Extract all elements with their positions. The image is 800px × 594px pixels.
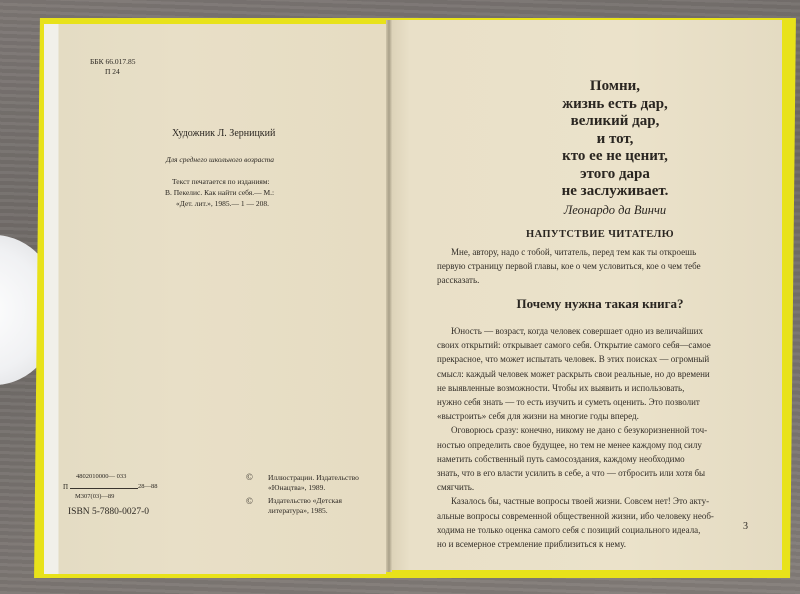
isbn: ISBN 5-7880-0027-0 [68, 507, 149, 517]
copyright-line: литература», 1985. [268, 506, 328, 515]
catalog-top: 4802010000— 033 [76, 473, 126, 480]
epigraph-author: Леонардо да Винчи [520, 203, 710, 218]
text-line: рассказать. [437, 273, 757, 287]
epigraph-line: этого дара [520, 166, 710, 184]
copyright-icon: © [246, 472, 253, 482]
epigraph-line: Помни, [520, 78, 710, 96]
section-title: НАПУТСТВИЕ ЧИТАТЕЛЮ [420, 229, 780, 240]
paragraph: Юность — возраст, когда человек совершае… [437, 324, 757, 551]
text-line: наметить собственный путь самосоздания, … [437, 452, 757, 466]
source-line: «Дет. лит.», 1985.— 1 — 208. [176, 199, 269, 208]
bbk-code: ББК 66.017.85 [90, 57, 136, 66]
copyright-icon: © [246, 496, 253, 506]
epigraph-line: жизнь есть дар, [520, 96, 710, 114]
text-line: Мне, автору, надо с тобой, читатель, пер… [437, 245, 757, 259]
text-line: Казалось бы, частные вопросы твоей жизни… [437, 494, 757, 508]
catalog-line [70, 488, 138, 489]
source-line: Текст печатается по изданиям: [172, 177, 270, 186]
text-line: Оговорюсь сразу: конечно, никому не дано… [437, 423, 757, 437]
audience-note: Для среднего школьного возраста [166, 155, 274, 164]
text-line: ходима не только оценка самого себя с по… [437, 523, 757, 537]
text-line: нужно себя знать — то есть изучить и сум… [437, 395, 757, 409]
catalog-letter: П [63, 483, 68, 491]
copyright-line: «Юнацтва», 1989. [268, 483, 325, 492]
epigraph-line: и тот, [520, 131, 710, 149]
text-line: прекрасное, что может испытать человек. … [437, 352, 757, 366]
epigraph-line: кто ее не ценит, [520, 148, 710, 166]
text-line: «выстроить» себя для жизни на многие год… [437, 409, 757, 423]
text-line: смысл: каждый человек может раскрыть сво… [437, 367, 757, 381]
epigraph-line: не заслуживает. [520, 183, 710, 201]
left-page [44, 24, 386, 574]
book-spine [386, 20, 392, 572]
publisher-code: П 24 [105, 67, 120, 76]
page-number: 3 [743, 521, 748, 532]
source-line: В. Пекелис. Как найти себя.— М.: [165, 188, 274, 197]
copyright-line: Издательство «Детская [268, 496, 342, 505]
text-line: Юность — возраст, когда человек совершае… [437, 324, 757, 338]
catalog-right: 28—88 [138, 483, 158, 490]
text-line: альные вопросы современной общественной … [437, 509, 757, 523]
text-line: своих открытий: открывает самого себя. О… [437, 338, 757, 352]
epigraph-line: великий дар, [520, 113, 710, 131]
copyright-line: Иллюстрации. Издательство [268, 473, 359, 482]
text-line: ностью определить свое будущее, но тем н… [437, 438, 757, 452]
illustrator-credit: Художник Л. Зерницкий [172, 128, 275, 139]
chapter-title: Почему нужна такая книга? [420, 296, 780, 312]
text-line: смягчить. [437, 480, 757, 494]
text-line: но и всемерное стремление приблизиться к… [437, 537, 757, 551]
intro-paragraph: Мне, автору, надо с тобой, читатель, пер… [437, 245, 757, 288]
text-line: знать, что в его власти усилить в себе, … [437, 466, 757, 480]
epigraph: Помни, жизнь есть дар, великий дар, и то… [520, 78, 710, 201]
text-line: не выявленные возможности. Чтобы их выяв… [437, 381, 757, 395]
text-line: первую страницу первой главы, кое о чем … [437, 259, 757, 273]
catalog-bottom: М307(03)—89 [75, 493, 114, 500]
